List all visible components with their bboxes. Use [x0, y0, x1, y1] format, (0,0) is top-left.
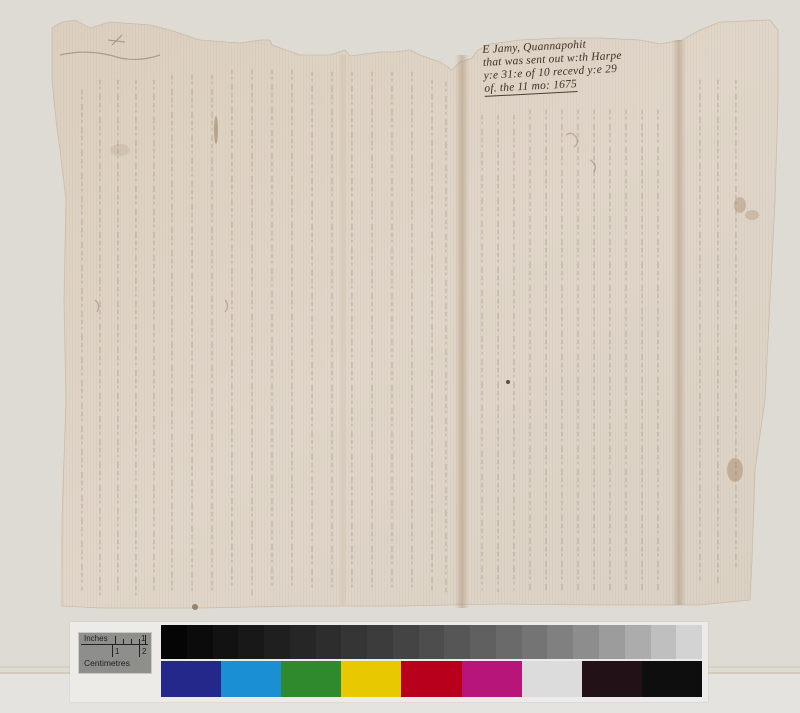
- cm-mark-1: 1: [115, 647, 119, 656]
- manuscript-paper-icon: [0, 0, 800, 713]
- patch-cyan: [221, 661, 281, 697]
- gray-step-6: [290, 625, 316, 659]
- gray-step-7: [316, 625, 342, 659]
- gray-step-14: [496, 625, 522, 659]
- ruler-tick: [112, 645, 113, 657]
- patch-dark-brown: [582, 661, 642, 697]
- gray-step-15: [522, 625, 548, 659]
- centimetres-label: Centimetres: [84, 658, 130, 668]
- gray-step-20: [651, 625, 677, 659]
- scale-ruler: Inches 1 1 2 Centimetres: [78, 632, 152, 674]
- gray-step-8: [341, 625, 367, 659]
- gray-step-1: [161, 625, 187, 659]
- patch-yellow: [341, 661, 401, 697]
- color-patches: [161, 661, 702, 697]
- gray-step-21: [676, 625, 702, 659]
- ruler-line: [81, 644, 148, 645]
- gray-step-17: [573, 625, 599, 659]
- gray-step-4: [238, 625, 264, 659]
- patch-red: [401, 661, 461, 697]
- patch-white: [522, 661, 582, 697]
- gray-step-2: [187, 625, 213, 659]
- manuscript-sheet: E Jamy, Quannapohit that was sent out w:…: [0, 0, 800, 713]
- gray-scale-ramp: [161, 625, 702, 659]
- ruler-tick: [123, 639, 124, 644]
- gray-step-16: [547, 625, 573, 659]
- ruler-tick: [139, 639, 140, 644]
- gray-step-19: [625, 625, 651, 659]
- patch-blue: [161, 661, 221, 697]
- endorsement-note: E Jamy, Quannapohit that was sent out w:…: [482, 33, 694, 97]
- cm-mark-2: 2: [142, 647, 146, 656]
- gray-step-18: [599, 625, 625, 659]
- patch-magenta: [462, 661, 522, 697]
- ruler-tick: [115, 636, 116, 644]
- gray-step-12: [444, 625, 470, 659]
- gray-step-11: [419, 625, 445, 659]
- inches-label: Inches: [84, 634, 108, 643]
- gray-step-9: [367, 625, 393, 659]
- gray-step-13: [470, 625, 496, 659]
- ruler-tick: [139, 645, 140, 657]
- gray-step-10: [393, 625, 419, 659]
- patch-black: [642, 661, 702, 697]
- gray-step-5: [264, 625, 290, 659]
- ruler-tick: [131, 639, 132, 644]
- patch-green: [281, 661, 341, 697]
- inch-mark: 1: [141, 634, 145, 643]
- gray-step-3: [213, 625, 239, 659]
